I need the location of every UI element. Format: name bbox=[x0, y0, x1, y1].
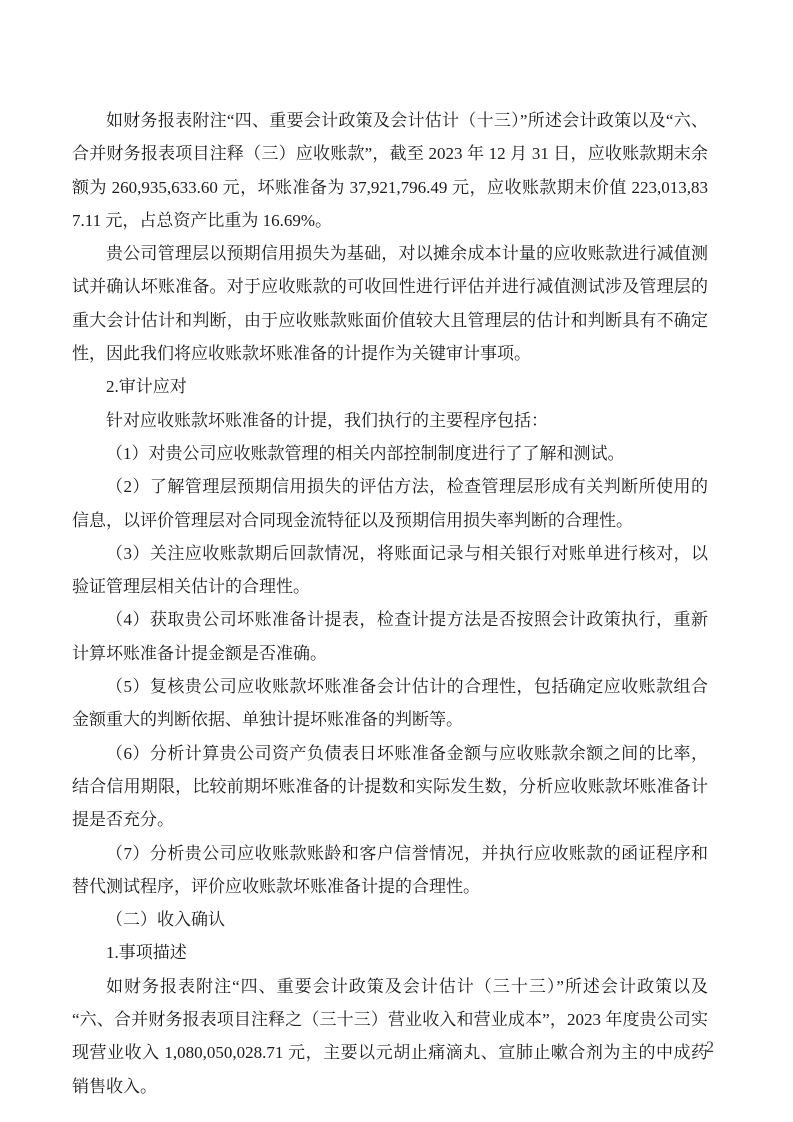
paragraph-revenue-policy: 如财务报表附注“四、重要会计政策及会计估计（三十三）”所述会计政策以及“六、合并… bbox=[72, 970, 708, 1103]
heading-audit-response: 2.审计应对 bbox=[72, 370, 708, 403]
heading-matter-description: 1.事项描述 bbox=[72, 936, 708, 969]
paragraph-procedure-3: （3）关注应收账款期后回款情况，将账面记录与相关银行对账单进行核对，以验证管理层… bbox=[72, 537, 708, 604]
heading-revenue-recognition: （二）收入确认 bbox=[72, 903, 708, 936]
paragraph-procedure-1: （1）对贵公司应收账款管理的相关内部控制制度进行了了解和测试。 bbox=[72, 437, 708, 470]
paragraph-procedure-2: （2）了解管理层预期信用损失的评估方法，检查管理层形成有关判断所使用的信息，以评… bbox=[72, 470, 708, 537]
document-page: 如财务报表附注“四、重要会计政策及会计估计（十三）”所述会计政策以及“六、合并财… bbox=[0, 0, 793, 1122]
paragraph-procedure-6: （6）分析计算贵公司资产负债表日坏账准备金额与应收账款余额之间的比率，结合信用期… bbox=[72, 737, 708, 837]
page-number: 2 bbox=[706, 1038, 714, 1058]
paragraph-procedure-5: （5）复核贵公司应收账款坏账准备会计估计的合理性，包括确定应收账款组合金额重大的… bbox=[72, 670, 708, 737]
paragraph-procedure-7: （7）分析贵公司应收账款账龄和客户信誉情况，并执行应收账款的函证程序和替代测试程… bbox=[72, 837, 708, 904]
paragraph-receivables-key-audit-matter: 贵公司管理层以预期信用损失为基础，对以摊余成本计量的应收账款进行减值测试并确认坏… bbox=[72, 237, 708, 370]
paragraph-receivables-policy: 如财务报表附注“四、重要会计政策及会计估计（十三）”所述会计政策以及“六、合并财… bbox=[72, 104, 708, 237]
paragraph-procedures-intro: 针对应收账款坏账准备的计提，我们执行的主要程序包括： bbox=[72, 404, 708, 437]
paragraph-procedure-4: （4）获取贵公司坏账准备计提表，检查计提方法是否按照会计政策执行，重新计算坏账准… bbox=[72, 603, 708, 670]
document-body: 如财务报表附注“四、重要会计政策及会计估计（十三）”所述会计政策以及“六、合并财… bbox=[72, 104, 708, 1103]
